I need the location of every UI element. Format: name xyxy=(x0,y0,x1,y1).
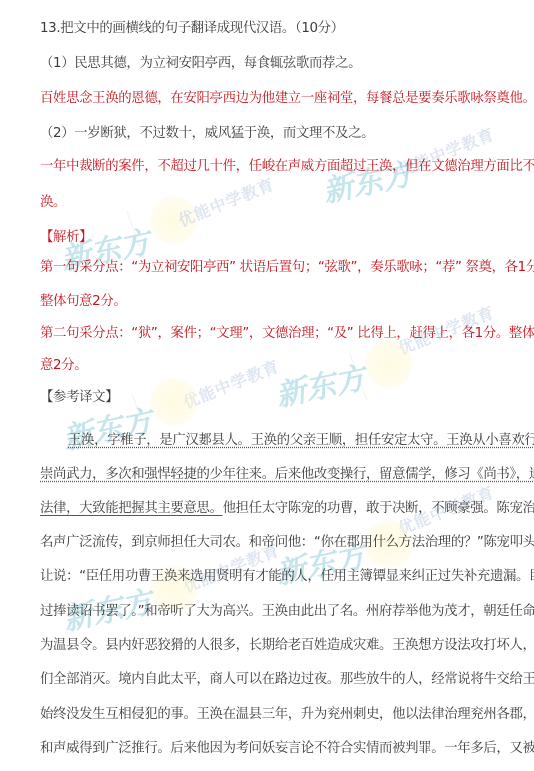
answer-1: 百姓思念王涣的恩德，在安阳亭西边为他建立一座祠堂，每餐总是要奏乐歌咏祭奠他。 xyxy=(40,90,500,108)
underlined-passage: 法律，大致能把握其主要意思。 xyxy=(40,501,223,516)
reference-line: 们全部消灭。境内自此太平，商人可以在路边过夜。那些放牛的人，经常说将牛交给王涣了… xyxy=(40,671,500,689)
analysis-line: 第一句采分点：“为立祠安阳亭西” 状语后置句；“弦歌”，奏乐歌咏；“荐” 祭奠，… xyxy=(40,259,500,277)
document-page: 新东方 优能中学教育 优能中学教育 新东方 优能中学教育 新东方 优能中学教育 … xyxy=(0,0,534,771)
question-prompt-2: （2）一岁断狱，不过数十，威风猛于涣，而文理不及之。 xyxy=(40,125,500,143)
reference-line: 法律，大致能把握其主要意思。他担任太守陈宠的功曹，敢于决断，不顾豪强。陈宠治政的 xyxy=(40,500,500,518)
reference-line: 过捧读诏书罢了。”和帝听了大为高兴。王涣由此出了名。州府荐举他为茂才，朝廷任命他 xyxy=(40,603,500,621)
underlined-passage: 崇尚武力，多次和强悍轻捷的少年往来。后来他改变操行，留意儒学，修习《尚书》，通读 xyxy=(40,467,534,482)
question-title: 13.把文中的画横线的句子翻译成现代汉语。（10分） xyxy=(40,20,500,38)
answer-2-line-1: 一年中裁断的案件，不超过几十件，任峻在声威方面超过王涣，但在文德治理方面比不上王 xyxy=(40,158,500,176)
analysis-line: 意2分。 xyxy=(40,357,500,375)
analysis-line: 第二句采分点：“狱”，案件；“文理”，文德治理；“及” 比得上，赶得上，各1分。… xyxy=(40,325,500,343)
reference-line: 让说：“臣任用功曹王涣来选用贤明有才能的人，任用主簿镡显来纠正过失补充遗漏。臣不 xyxy=(40,568,500,586)
reference-line: 名声广泛流传，到京师担任大司农。和帝问他：“你在郡用什么方法治理的？”陈宠叩头辞 xyxy=(40,534,500,552)
reference-line: 崇尚武力，多次和强悍轻捷的少年往来。后来他改变操行，留意儒学，修习《尚书》，通读 xyxy=(40,466,500,484)
reference-heading: 【参考译文】 xyxy=(40,389,500,407)
answer-2-line-2: 涣。 xyxy=(40,194,500,212)
analysis-heading: 【解析】 xyxy=(40,229,500,247)
analysis-line: 整体句意2分。 xyxy=(40,293,500,311)
question-prompt-1: （1）民思其德，为立祠安阳亭西，每食辄弦歌而荐之。 xyxy=(40,55,500,73)
reference-line: 和声威得到广泛推行。后来他因为考问妖妄言论不符合实情而被判罪。一年多后，又被朝廷 xyxy=(40,740,500,758)
reference-line: 始终没发生互相侵犯的事。王涣在温县三年，升为兖州刺史，他以法律治理兖州各郡，德化 xyxy=(40,706,500,724)
reference-line: 为温县令。县内奸恶狡猾的人很多，长期给老百姓造成灾难。王涣想方设法攻打坏人，将他 xyxy=(40,637,500,655)
reference-text: 他担任太守陈宠的功曹，敢于决断，不顾豪强。陈宠治政的 xyxy=(223,501,534,516)
reference-line: 王涣，字稚子，是广汉郪县人。王涣的父亲王顺，担任安定太守。王涣从小喜欢行侠， xyxy=(68,432,528,450)
underlined-passage: 王涣，字稚子，是广汉郪县人。王涣的父亲王顺，担任安定太守。王涣从小喜欢行侠， xyxy=(68,433,534,448)
